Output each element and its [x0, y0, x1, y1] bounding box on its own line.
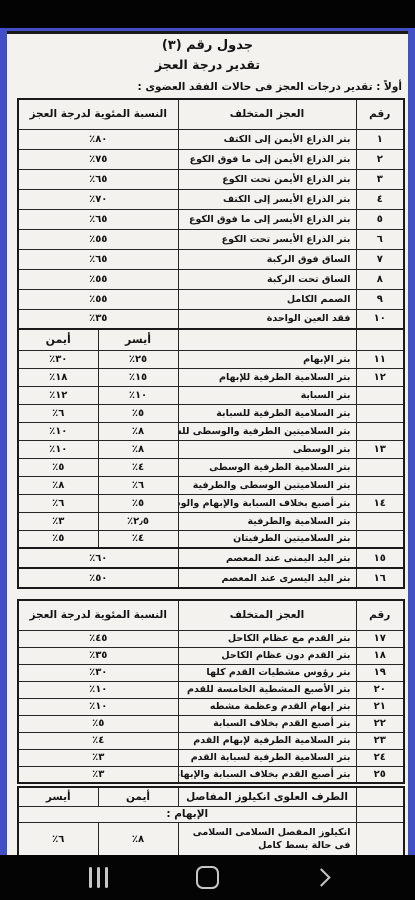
- percentage-left-hand: ٥٪: [98, 494, 178, 512]
- column-header-injury: العجز المتخلف: [178, 600, 356, 630]
- injury-cell: بتر السلامية الطرفية للسبابة: [178, 404, 356, 422]
- section-intro: أولاً : تقدير درجات العجز فى حالات الفقد…: [7, 81, 402, 93]
- table-row: ١١ بتر الإبهام ٢٥٪ ٣٠٪: [18, 350, 404, 368]
- percentage-left-hand: ٦٪: [98, 476, 178, 494]
- column-header-percentage: النسبة المئوية لدرجة العجز: [18, 99, 178, 129]
- table-row: ٥ بتر الذراع الأيسر إلى ما فوق الكوع ٦٥٪: [18, 209, 404, 229]
- table-row: بتر السلاميتين الوسطى والطرفية ٦٪ ٨٪: [18, 476, 404, 494]
- row-number: ١٦: [356, 568, 404, 588]
- injury-cell: بتر الأصبع المشطية الخامسة للقدم: [178, 681, 356, 698]
- document-viewer[interactable]: جدول رقم (٣) تقدير درجة العجز أولاً : تق…: [0, 28, 415, 855]
- row-number: [356, 458, 404, 476]
- table-row: ١٣ بتر الوسطى ٨٪ ١٠٪: [18, 440, 404, 458]
- percentage-right-hand: ٣٪: [18, 512, 98, 530]
- status-bar: [0, 0, 415, 28]
- empty-cell: [356, 329, 404, 350]
- row-number: [356, 476, 404, 494]
- percentage-right-hand: ٥٪: [18, 530, 98, 548]
- injury-cell: فقد العين الواحدة: [178, 309, 356, 329]
- table-row: ١٦ بتر اليد اليسرى عند المعصم ٥٠٪: [18, 568, 404, 588]
- percentage-cell: ٤٪: [18, 732, 178, 749]
- injury-cell: بتر السبابة: [178, 386, 356, 404]
- percentage-cell: ٦٥٪: [18, 209, 178, 229]
- table-row: ١ بتر الذراع الأيمن إلى الكتف ٨٠٪: [18, 129, 404, 149]
- injury-cell: بتر السلامية الطرفية الوسطى: [178, 458, 356, 476]
- injury-cell: الصمم الكامل: [178, 289, 356, 309]
- percentage-left-hand: ١٥٪: [98, 368, 178, 386]
- injury-cell: بتر الذراع الأيمن إلى ما فوق الكوع: [178, 149, 356, 169]
- percentage-left-hand: ٨٪: [98, 440, 178, 458]
- table-row: ٧ الساق فوق الركبة ٦٥٪: [18, 249, 404, 269]
- percentage-cell: ٨٠٪: [18, 129, 178, 149]
- row-number: ٢٥: [356, 766, 404, 783]
- table-row: ٢٢ بتر أصبع القدم بخلاف السبابة ٥٪: [18, 715, 404, 732]
- thumb-subsection-label: الإبهام :: [18, 806, 356, 822]
- percentage-cell: ١٠٪: [18, 681, 178, 698]
- injury-cell: بتر إبهام القدم وعظمة مشطه: [178, 698, 356, 715]
- percentage-cell: ٣٠٪: [18, 664, 178, 681]
- percentage-right-hand: ١٨٪: [18, 368, 98, 386]
- table-row: ٤ بتر الذراع الأيسر إلى الكتف ٧٠٪: [18, 189, 404, 209]
- injury-cell: بتر القدم مع عظام الكاحل: [178, 630, 356, 647]
- injury-cell: بتر الذراع الأيمن تحت الكوع: [178, 169, 356, 189]
- row-number: ٢: [356, 149, 404, 169]
- ankylosis-table: الطرف العلوى انكيلوز المفاصل أيمن أيسر ا…: [17, 786, 405, 855]
- table-row: ٢٤ بتر السلامية الطرفية لسبابة القدم ٣٪: [18, 749, 404, 766]
- injury-cell: بتر السلامية الطرفية لسبابة القدم: [178, 749, 356, 766]
- percentage-right-hand: ١٢٪: [18, 386, 98, 404]
- row-number: ٢٢: [356, 715, 404, 732]
- table-row: ٢ بتر الذراع الأيمن إلى ما فوق الكوع ٧٥٪: [18, 149, 404, 169]
- injury-cell: بتر الوسطى: [178, 440, 356, 458]
- row-number: ٨: [356, 269, 404, 289]
- home-icon[interactable]: [196, 866, 219, 889]
- percentage-cell: ٧٥٪: [18, 149, 178, 169]
- row-number: ١٣: [356, 440, 404, 458]
- row-number: ١٨: [356, 647, 404, 664]
- injury-cell: بتر الذراع الأيسر إلى الكتف: [178, 189, 356, 209]
- subheader-left-hand: أيسر: [98, 329, 178, 350]
- back-icon[interactable]: [312, 868, 330, 886]
- disability-table-1: رقم العجز المتخلف النسبة المئوية لدرجة ا…: [17, 98, 405, 589]
- percentage-left-hand: ٦٪: [18, 822, 98, 855]
- percentage-cell: ٥٠٪: [18, 568, 178, 588]
- percentage-cell: ٧٠٪: [18, 189, 178, 209]
- table-row: ٢١ بتر إبهام القدم وعظمة مشطه ١٠٪: [18, 698, 404, 715]
- row-number: ٥: [356, 209, 404, 229]
- table-row: ٨ الساق تحت الركبة ٥٥٪: [18, 269, 404, 289]
- injury-cell: بتر أصبع القدم بخلاف السبابة: [178, 715, 356, 732]
- row-number: ١١: [356, 350, 404, 368]
- percentage-right-hand: ٦٪: [18, 404, 98, 422]
- injury-cell: انكيلوز المفصل السلامى السلامى فى حالة ب…: [178, 822, 356, 855]
- row-number: ٢٠: [356, 681, 404, 698]
- table-body: ١٧ بتر القدم مع عظام الكاحل ٤٥٪ ١٨ بتر ا…: [18, 630, 404, 783]
- column-header-injury: العجز المتخلف: [178, 99, 356, 129]
- column-header-percentage: النسبة المئوية لدرجة العجز: [18, 600, 178, 630]
- hand-side-subheader-row: أيسر أيمن: [18, 329, 404, 350]
- percentage-cell: ٣٪: [18, 766, 178, 783]
- row-number: ٦: [356, 229, 404, 249]
- percentage-cell: ٦٠٪: [18, 548, 178, 568]
- empty-cell: [356, 787, 404, 806]
- injury-cell: بتر السلامية الطرفية لإبهام القدم: [178, 732, 356, 749]
- percentage-cell: ٣٥٪: [18, 647, 178, 664]
- injury-cell: الساق تحت الركبة: [178, 269, 356, 289]
- table-header-row: رقم العجز المتخلف النسبة المئوية لدرجة ا…: [18, 600, 404, 630]
- document-page: جدول رقم (٣) تقدير درجة العجز أولاً : تق…: [7, 31, 408, 855]
- table-row: بتر السلاميتين الطرفيتان ٤٪ ٥٪: [18, 530, 404, 548]
- injury-cell: الساق فوق الركبة: [178, 249, 356, 269]
- table-row: ١٧ بتر القدم مع عظام الكاحل ٤٥٪: [18, 630, 404, 647]
- percentage-left-hand: ٤٪: [98, 530, 178, 548]
- row-number: ٢١: [356, 698, 404, 715]
- percentage-left-hand: ٥٪: [98, 404, 178, 422]
- percentage-right-hand: ١٠٪: [18, 422, 98, 440]
- injury-cell: بتر رؤوس مشطيات القدم كلها: [178, 664, 356, 681]
- table-row: ٩ الصمم الكامل ٥٥٪: [18, 289, 404, 309]
- table-row: بتر السلاميتين الطرفية والوسطى للسبابة ٨…: [18, 422, 404, 440]
- percentage-left-hand: ٤٪: [98, 458, 178, 476]
- table-row: ١٨ بتر القدم دون عظام الكاحل ٣٥٪: [18, 647, 404, 664]
- percentage-right-hand: ١٠٪: [18, 440, 98, 458]
- percentage-left-hand: ٢٫٥٪: [98, 512, 178, 530]
- page-edge-line: [7, 31, 408, 34]
- injury-cell: بتر الذراع الأيسر تحت الكوع: [178, 229, 356, 249]
- row-number: ٢٤: [356, 749, 404, 766]
- percentage-cell: ٥٥٪: [18, 229, 178, 249]
- percentage-left-hand: ١٠٪: [98, 386, 178, 404]
- percentage-right-hand: ٣٠٪: [18, 350, 98, 368]
- table-row: بتر السلامية والطرفية ٢٫٥٪ ٣٪: [18, 512, 404, 530]
- row-number: ١٤: [356, 494, 404, 512]
- percentage-cell: ٥٥٪: [18, 289, 178, 309]
- table-row: ١٤ بتر أصبع بخلاف السبابة والإبهام والوس…: [18, 494, 404, 512]
- disability-table-2: رقم العجز المتخلف النسبة المئوية لدرجة ا…: [17, 599, 405, 784]
- injury-cell: بتر أصبع القدم بخلاف السبابة والإبهام: [178, 766, 356, 783]
- percentage-left-hand: ٢٥٪: [98, 350, 178, 368]
- percentage-cell: ٣٥٪: [18, 309, 178, 329]
- row-number: ٤: [356, 189, 404, 209]
- table-row: ٢٥ بتر أصبع القدم بخلاف السبابة والإبهام…: [18, 766, 404, 783]
- table-row: ٢٣ بتر السلامية الطرفية لإبهام القدم ٤٪: [18, 732, 404, 749]
- percentage-right-hand: ٨٪: [18, 476, 98, 494]
- percentage-cell: ٤٥٪: [18, 630, 178, 647]
- ankylosis-section-title: الطرف العلوى انكيلوز المفاصل: [178, 787, 356, 806]
- subheader-right-hand: أيمن: [18, 329, 98, 350]
- percentage-cell: ٣٪: [18, 749, 178, 766]
- row-number: [356, 422, 404, 440]
- percentage-cell: ٦٥٪: [18, 249, 178, 269]
- injury-cell: بتر الإبهام: [178, 350, 356, 368]
- table-row: ١٠ فقد العين الواحدة ٣٥٪: [18, 309, 404, 329]
- injury-cell: بتر أصبع بخلاف السبابة والإبهام والوسطى: [178, 494, 356, 512]
- thumb-subsection-row: الإبهام :: [18, 806, 404, 822]
- table-row: بتر السلامية الطرفية للسبابة ٥٪ ٦٪: [18, 404, 404, 422]
- row-number: ١٢: [356, 368, 404, 386]
- empty-cell: [178, 329, 356, 350]
- subheader-right-hand: أيمن: [98, 787, 178, 806]
- injury-cell: بتر الذراع الأيسر إلى ما فوق الكوع: [178, 209, 356, 229]
- table-row: ١٢ بتر السلامية الطرفية للإبهام ١٥٪ ١٨٪: [18, 368, 404, 386]
- percentage-left-hand: ٨٪: [98, 422, 178, 440]
- injury-cell: بتر الذراع الأيمن إلى الكتف: [178, 129, 356, 149]
- percentage-right-hand: ٦٪: [18, 494, 98, 512]
- injury-cell: بتر القدم دون عظام الكاحل: [178, 647, 356, 664]
- table-row: انكيلوز المفصل السلامى السلامى فى حالة ب…: [18, 822, 404, 855]
- table-row: ٦ بتر الذراع الأيسر تحت الكوع ٥٥٪: [18, 229, 404, 249]
- table-body-merged: ١٥ بتر اليد اليمنى عند المعصم ٦٠٪ ١٦ بتر…: [18, 548, 404, 588]
- injury-cell: بتر السلاميتين الطرفية والوسطى للسبابة: [178, 422, 356, 440]
- row-number: ١٧: [356, 630, 404, 647]
- row-number: ١٠: [356, 309, 404, 329]
- injury-cell: بتر السلامية الطرفية للإبهام: [178, 368, 356, 386]
- recents-icon[interactable]: [89, 867, 108, 888]
- table-row: بتر السبابة ١٠٪ ١٢٪: [18, 386, 404, 404]
- table-row: بتر السلامية الطرفية الوسطى ٤٪ ٥٪: [18, 458, 404, 476]
- table-body-split: ١١ بتر الإبهام ٢٥٪ ٣٠٪ ١٢ بتر السلامية ا…: [18, 350, 404, 548]
- phone-screen: جدول رقم (٣) تقدير درجة العجز أولاً : تق…: [0, 0, 415, 900]
- table-header-row: رقم العجز المتخلف النسبة المئوية لدرجة ا…: [18, 99, 404, 129]
- percentage-cell: ٦٥٪: [18, 169, 178, 189]
- empty-cell: [356, 806, 404, 822]
- percentage-cell: ١٠٪: [18, 698, 178, 715]
- row-number: [356, 404, 404, 422]
- row-number: ٧: [356, 249, 404, 269]
- row-number: [356, 822, 404, 855]
- table-body-single: ١ بتر الذراع الأيمن إلى الكتف ٨٠٪ ٢ بتر …: [18, 129, 404, 329]
- table-row: ١٩ بتر رؤوس مشطيات القدم كلها ٣٠٪: [18, 664, 404, 681]
- injury-cell: بتر السلاميتين الوسطى والطرفية: [178, 476, 356, 494]
- percentage-cell: ٥٪: [18, 715, 178, 732]
- row-number: ١: [356, 129, 404, 149]
- table-row: ١٥ بتر اليد اليمنى عند المعصم ٦٠٪: [18, 548, 404, 568]
- injury-cell: بتر السلاميتين الطرفيتان: [178, 530, 356, 548]
- android-nav-bar: [0, 855, 415, 900]
- ankylosis-header-row: الطرف العلوى انكيلوز المفاصل أيمن أيسر: [18, 787, 404, 806]
- row-number: ٢٣: [356, 732, 404, 749]
- row-number: [356, 386, 404, 404]
- subheader-left-hand: أيسر: [18, 787, 98, 806]
- table-row: ٢٠ بتر الأصبع المشطية الخامسة للقدم ١٠٪: [18, 681, 404, 698]
- percentage-right-hand: ٨٪: [98, 822, 178, 855]
- injury-cell: بتر السلامية والطرفية: [178, 512, 356, 530]
- row-number: [356, 512, 404, 530]
- row-number: ٣: [356, 169, 404, 189]
- page-title: جدول رقم (٣): [7, 38, 408, 53]
- page-subtitle: تقدير درجة العجز: [7, 57, 408, 72]
- row-number: ١٩: [356, 664, 404, 681]
- row-number: ٩: [356, 289, 404, 309]
- percentage-right-hand: ٥٪: [18, 458, 98, 476]
- column-header-number: رقم: [356, 99, 404, 129]
- row-number: [356, 530, 404, 548]
- injury-cell: بتر اليد اليسرى عند المعصم: [178, 568, 356, 588]
- percentage-cell: ٥٥٪: [18, 269, 178, 289]
- table-row: ٣ بتر الذراع الأيمن تحت الكوع ٦٥٪: [18, 169, 404, 189]
- injury-cell: بتر اليد اليمنى عند المعصم: [178, 548, 356, 568]
- row-number: ١٥: [356, 548, 404, 568]
- column-header-number: رقم: [356, 600, 404, 630]
